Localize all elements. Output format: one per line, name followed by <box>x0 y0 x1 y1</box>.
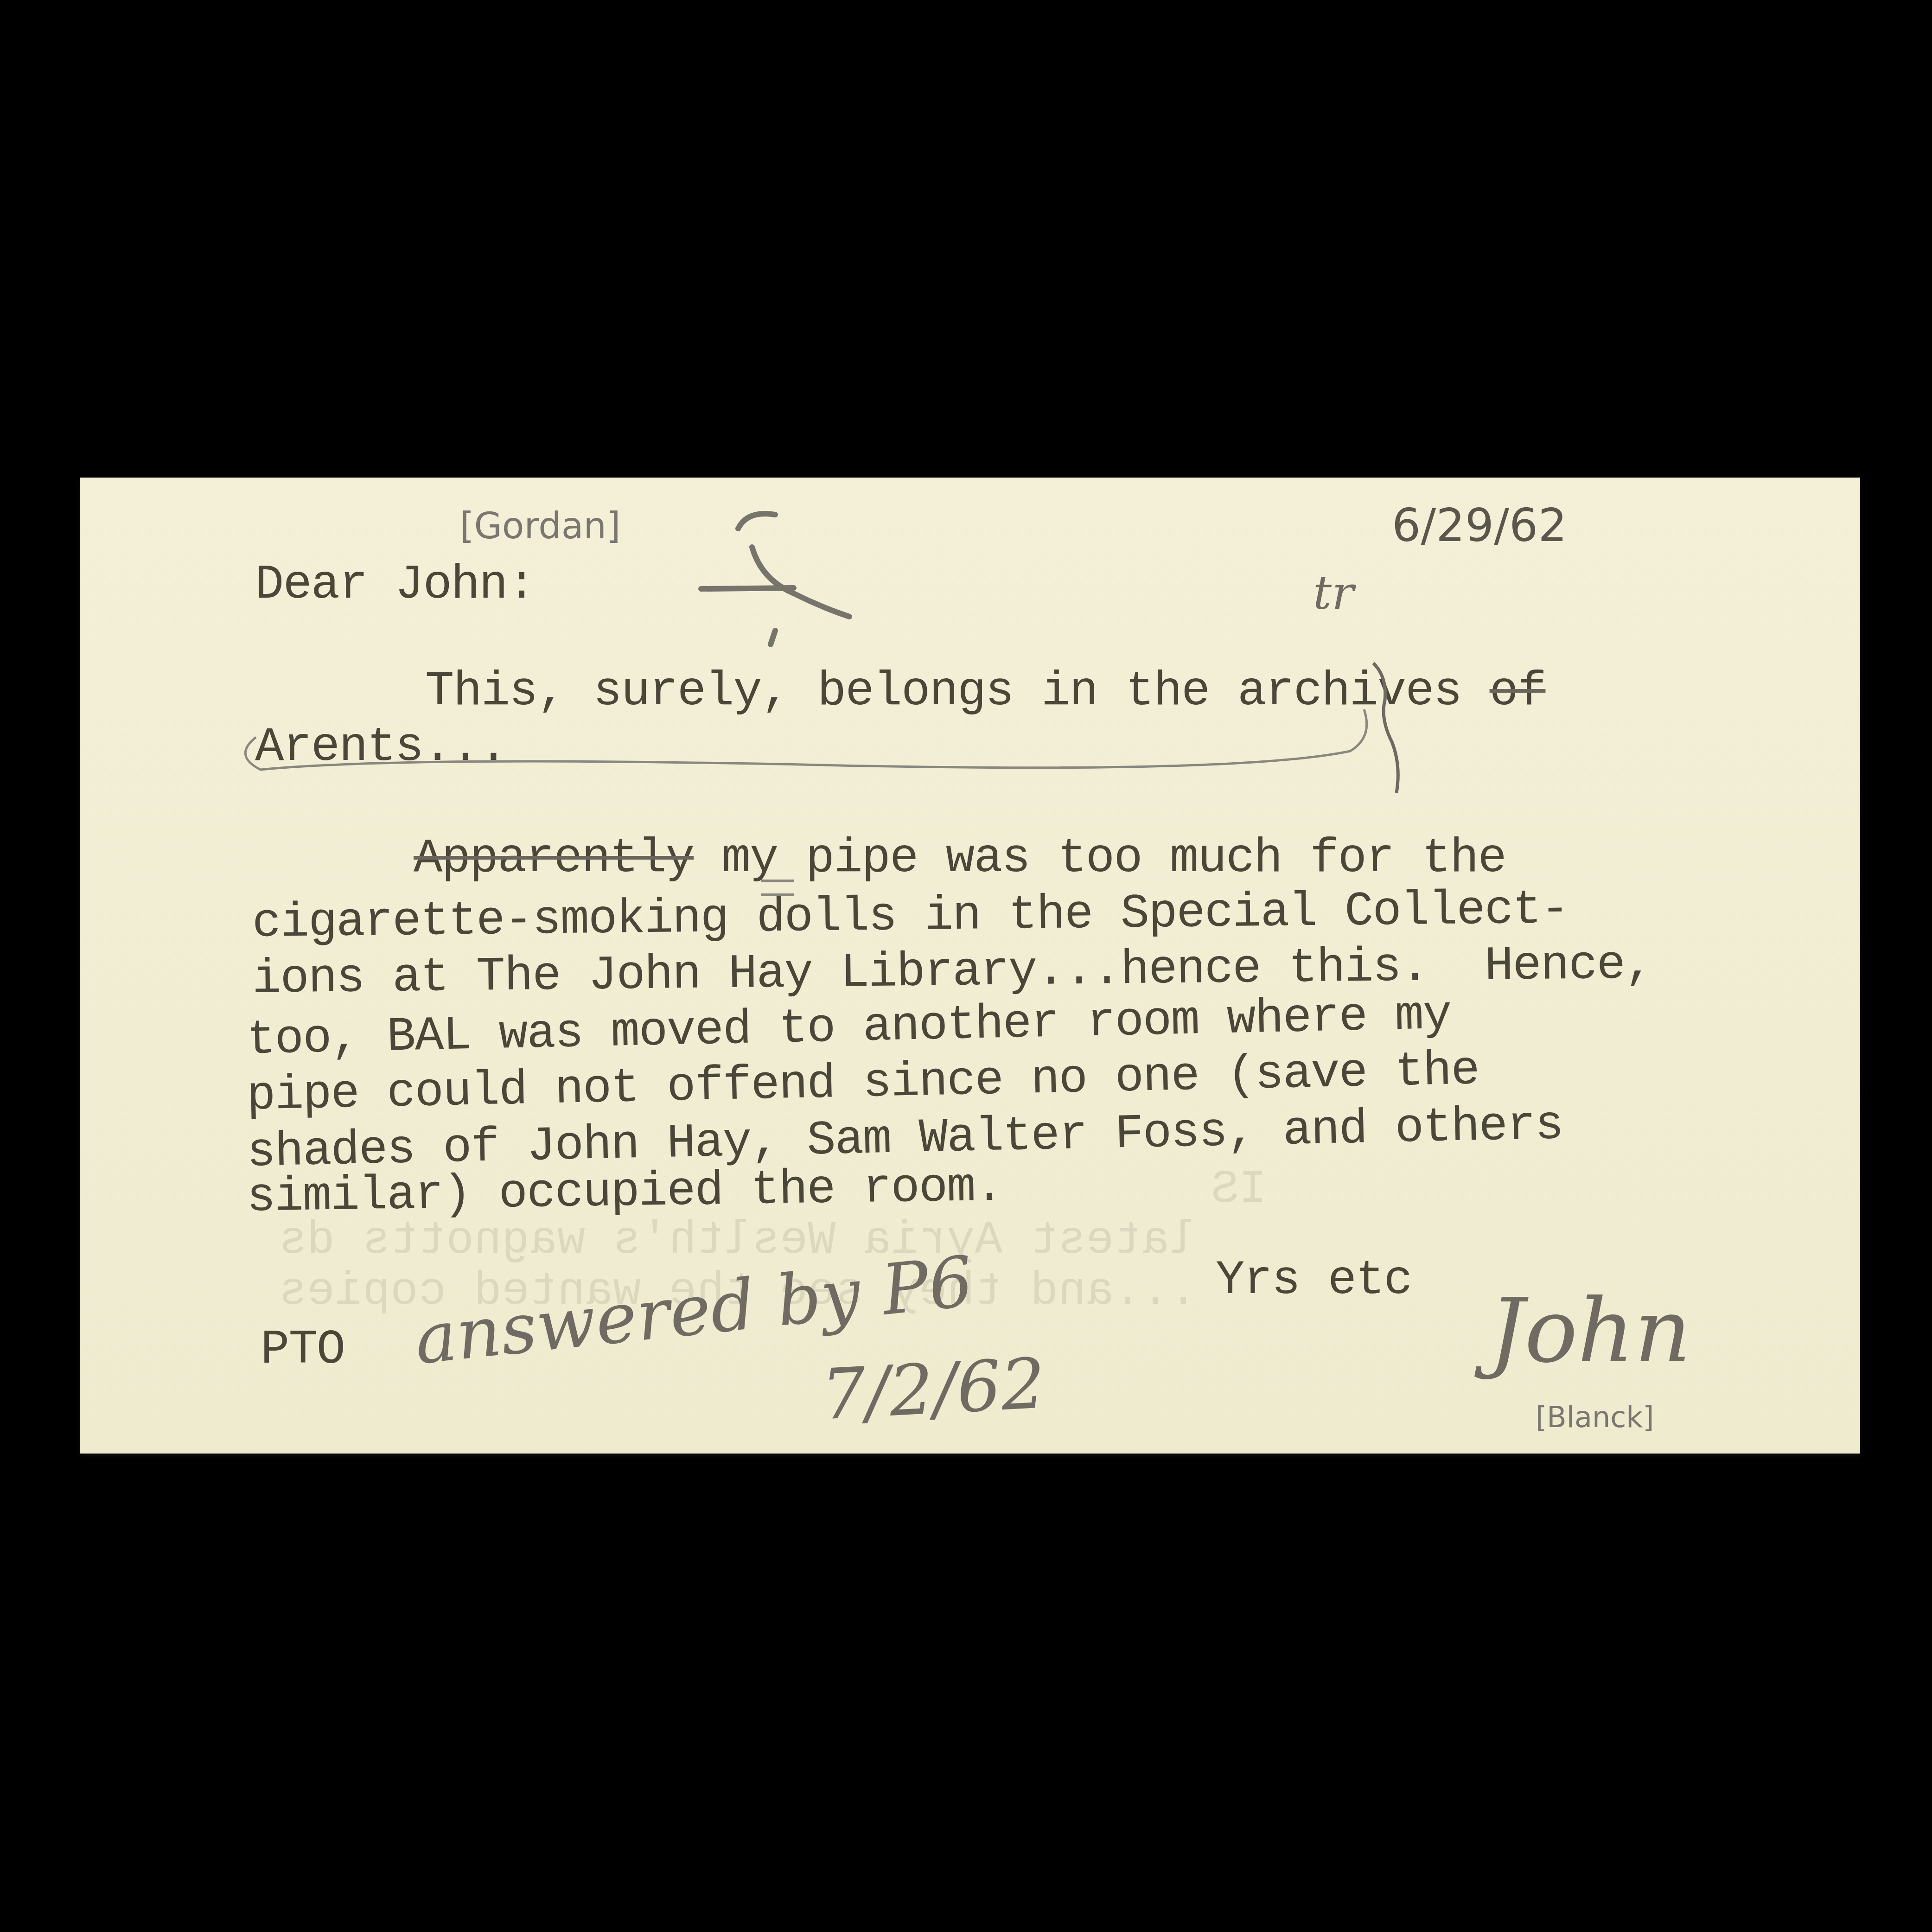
pencil-marks <box>80 478 1860 1454</box>
note-card: IS latest Ayria Weslth's wagnotts ds ...… <box>80 478 1860 1454</box>
